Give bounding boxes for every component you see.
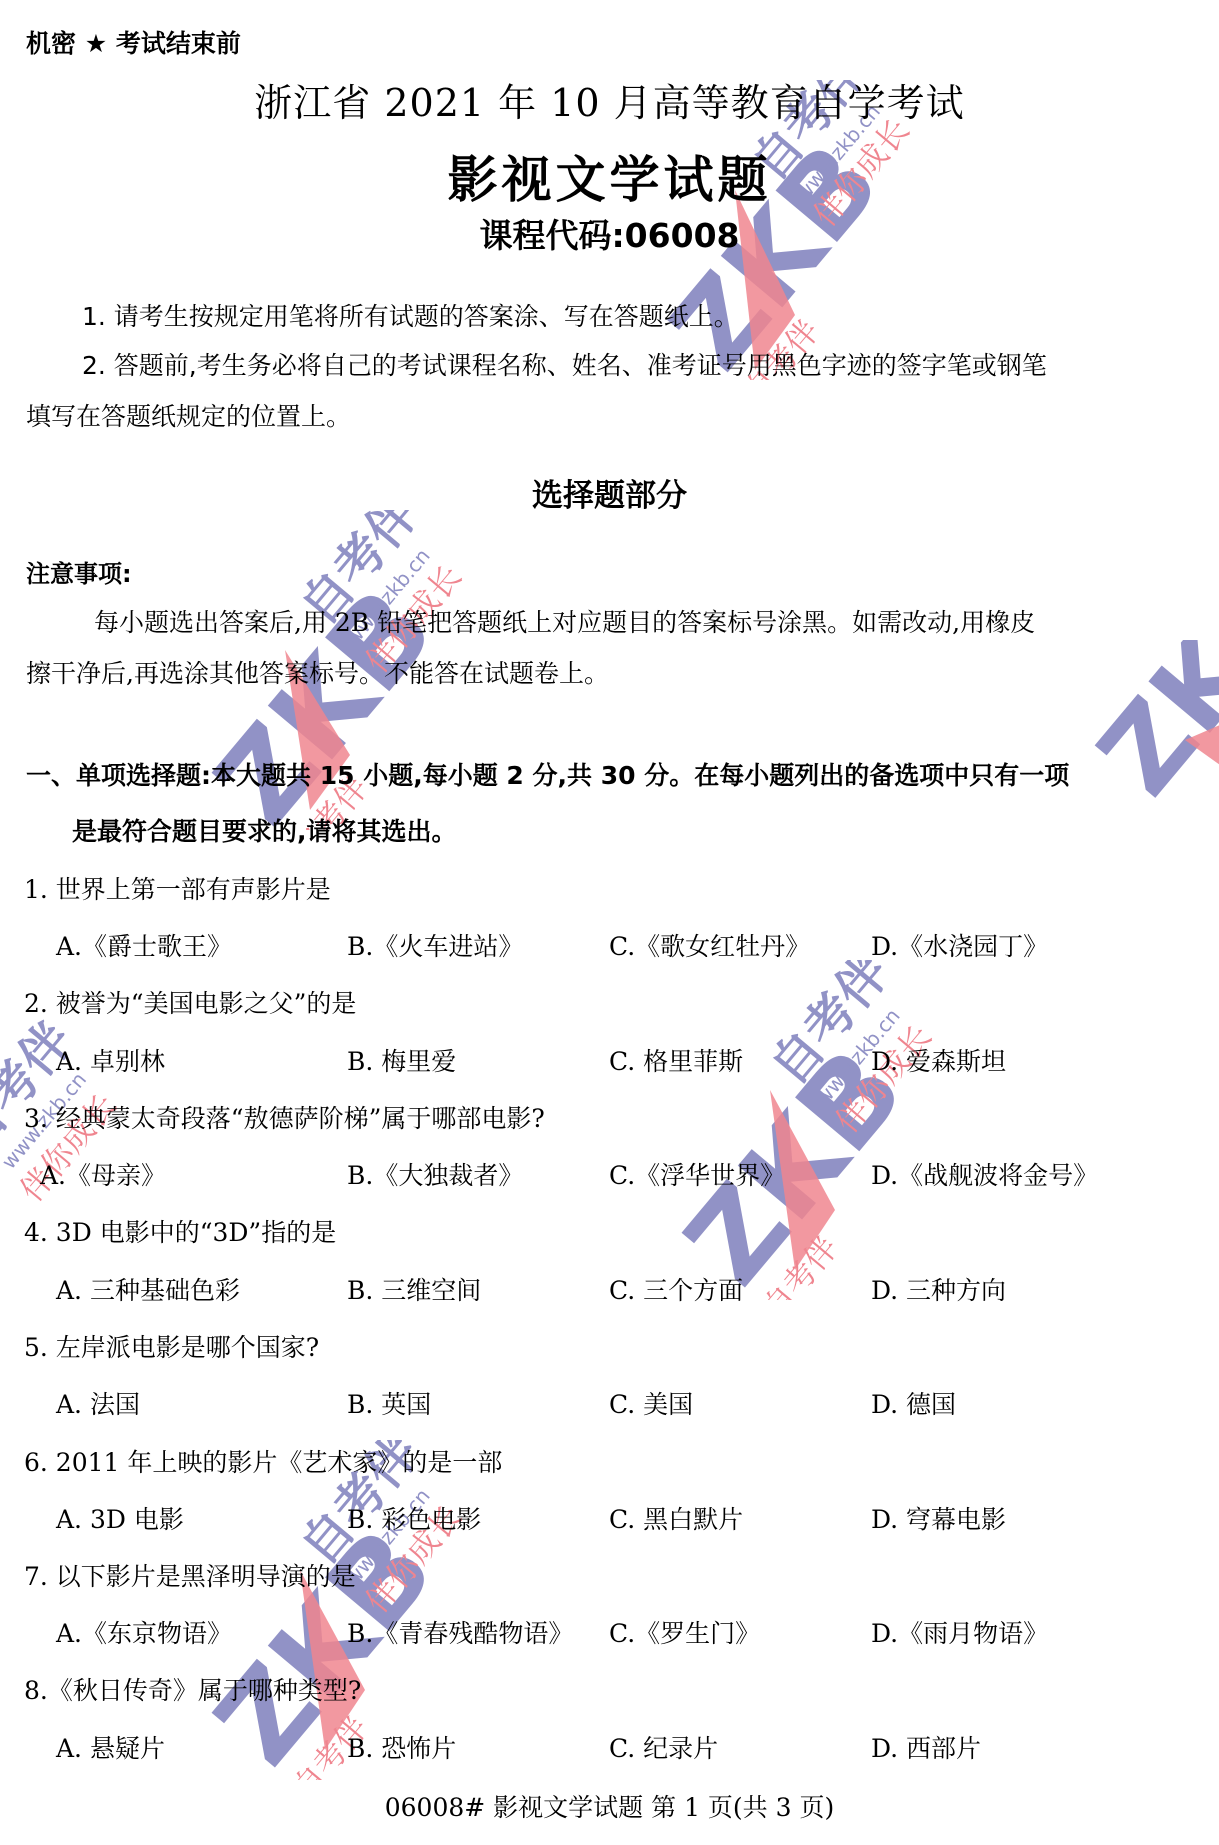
option-5-c: C. 美国 (609, 1385, 693, 1421)
option-6-d: D. 穹幕电影 (871, 1500, 1006, 1536)
zkb-logo-icon: ZKB 自考伴 www.zkb.cn 伴你成长 自考伴 (630, 960, 1010, 1300)
option-8-d: D. 西部片 (871, 1729, 981, 1765)
instruction-1: 1. 请考生按规定用笔将所有试题的答案涂、写在答题纸上。 (82, 297, 739, 333)
part-heading-line-1: 一、单项选择题:本大题共 15 小题,每小题 2 分,共 30 分。在每小题列出… (26, 756, 1069, 792)
question-stem-1: 1. 世界上第一部有声影片是 (24, 870, 331, 906)
exam-page: ZKB 自考伴 www.zkb.cn 伴你成长 自考伴 ZKB 自考伴 www.… (0, 0, 1219, 1845)
option-2-a: A. 卓别林 (56, 1042, 165, 1078)
option-4-b: B. 三维空间 (347, 1271, 481, 1307)
option-5-a: A. 法国 (56, 1385, 140, 1421)
option-2-c: C. 格里菲斯 (609, 1042, 743, 1078)
notice-label: 注意事项: (26, 554, 132, 589)
svg-text:自考伴: 自考伴 (755, 1229, 846, 1300)
zkb-logo-icon: ZKB (1090, 640, 1219, 820)
option-3-d: D.《战舰波将金号》 (871, 1156, 1098, 1192)
option-8-c: C. 纪录片 (609, 1729, 718, 1765)
option-2-b: B. 梅里爱 (347, 1042, 456, 1078)
course-code: 课程代码:06008 (0, 210, 1219, 257)
section-title: 选择题部分 (0, 470, 1219, 515)
option-4-c: C. 三个方面 (609, 1271, 743, 1307)
option-3-a: A.《母亲》 (40, 1156, 166, 1192)
instruction-2-continued: 填写在答题纸规定的位置上。 (26, 397, 351, 433)
option-7-a: A.《东京物语》 (56, 1614, 232, 1650)
svg-text:伴你成长: 伴你成长 (828, 1018, 939, 1140)
option-1-d: D.《水浇园丁》 (871, 927, 1048, 963)
option-1-a: A.《爵士歌王》 (56, 927, 232, 963)
option-6-c: C. 黑白默片 (609, 1500, 743, 1536)
part-heading-line-2: 是最符合题目要求的,请将其选出。 (72, 812, 457, 848)
question-stem-3: 3. 经典蒙太奇段落“敖德萨阶梯”属于哪部电影? (24, 1099, 545, 1135)
option-4-a: A. 三种基础色彩 (56, 1271, 240, 1307)
option-5-b: B. 英国 (347, 1385, 431, 1421)
option-6-b: B. 彩色电影 (347, 1500, 481, 1536)
option-4-d: D. 三种方向 (871, 1271, 1006, 1307)
option-5-d: D. 德国 (871, 1385, 956, 1421)
option-3-b: B.《大独裁者》 (347, 1156, 523, 1192)
question-stem-5: 5. 左岸派电影是哪个国家? (24, 1328, 319, 1364)
option-2-d: D. 爱森斯坦 (871, 1042, 1006, 1078)
watermark-right-edge: ZKB (1090, 640, 1219, 820)
question-stem-8: 8.《秋日传奇》属于哪种类型? (24, 1671, 361, 1707)
option-7-d: D.《雨月物语》 (871, 1614, 1048, 1650)
subject-title: 影视文学试题 (0, 140, 1219, 212)
question-stem-2: 2. 被誉为“美国电影之父”的是 (24, 984, 356, 1020)
option-1-b: B.《火车进站》 (347, 927, 523, 963)
question-stem-4: 4. 3D 电影中的“3D”指的是 (24, 1213, 336, 1249)
option-7-c: C.《罗生门》 (609, 1614, 760, 1650)
question-stem-7: 7. 以下影片是黑泽明导演的是 (24, 1557, 356, 1593)
watermark-center: ZKB 自考伴 www.zkb.cn 伴你成长 自考伴 (630, 960, 1010, 1300)
exam-title: 浙江省 2021 年 10 月高等教育自学考试 (0, 72, 1219, 127)
option-8-b: B. 恐怖片 (347, 1729, 456, 1765)
svg-text:自考伴: 自考伴 (0, 1011, 84, 1163)
option-3-c: C.《浮华世界》 (609, 1156, 785, 1192)
option-6-a: A. 3D 电影 (56, 1500, 184, 1536)
instruction-2: 2. 答题前,考生务必将自己的考试课程名称、姓名、准考证号用黑色字迹的签字笔或钢… (82, 346, 1047, 382)
option-1-c: C.《歌女红牡丹》 (609, 927, 810, 963)
notice-text-line-1: 每小题选出答案后,用 2B 铅笔把答题纸上对应题目的答案标号涂黑。如需改动,用橡… (94, 603, 1035, 639)
option-8-a: A. 悬疑片 (56, 1729, 165, 1765)
notice-text-line-2: 擦干净后,再选涂其他答案标号。不能答在试题卷上。 (26, 654, 609, 690)
svg-text:ZKB: ZKB (1090, 640, 1219, 818)
confidential-label: 机密 ★ 考试结束前 (26, 24, 241, 60)
option-7-b: B.《青春残酷物语》 (347, 1614, 573, 1650)
page-footer: 06008# 影视文学试题 第 1 页(共 3 页) (0, 1788, 1219, 1824)
question-stem-6: 6. 2011 年上映的影片《艺术家》的是一部 (24, 1443, 502, 1479)
